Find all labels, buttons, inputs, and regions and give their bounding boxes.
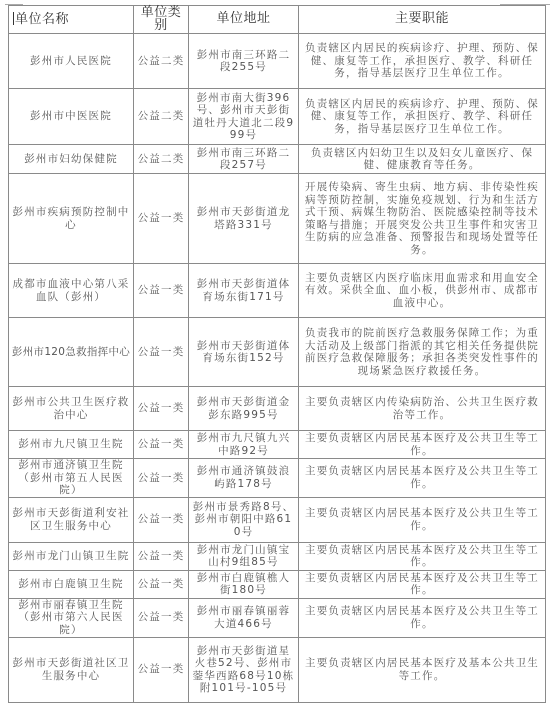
cell-category: 公益一类 <box>134 174 189 264</box>
table-row: 彭州市人民医院 公益二类 彭州市南三环路二段255号 负责辖区内居民的疾病诊疗、… <box>9 34 546 89</box>
cell-function: 主要负责辖区内居民基本医疗及公共卫生等工作。 <box>299 542 546 570</box>
cell-category: 公益一类 <box>134 459 189 498</box>
table-row: 成都市血液中心第八采血队（彭州） 公益一类 彭州市天彭街道体育场东街171号 主… <box>9 264 546 318</box>
cell-address: 彭州市白鹿镇樵人街180号 <box>189 570 299 598</box>
cell-address: 彭州市龙门山镇宝山村9组85号 <box>189 542 299 570</box>
cell-name: 彭州市通济镇卫生院（彭州市第五人民医院） <box>9 459 134 498</box>
cell-name: 彭州市中医医院 <box>9 89 134 145</box>
cell-address: 彭州市南大街396号、彭州市天彭街道牡丹大道北二段999号 <box>189 89 299 145</box>
cell-address: 彭州市丽春镇丽蓉大道466号 <box>189 598 299 637</box>
cell-address: 彭州市天彭街道金彭东路995号 <box>189 387 299 431</box>
table-row: 彭州市丽春镇卫生院（彭州市第六人民医院） 公益一类 彭州市丽春镇丽蓉大道466号… <box>9 598 546 637</box>
table-row: 彭州市公共卫生医疗救治中心 公益一类 彭州市天彭街道金彭东路995号 主要负责辖… <box>9 387 546 431</box>
table-row: 彭州市白鹿镇卫生院 公益一类 彭州市白鹿镇樵人街180号 主要负责辖区内居民基本… <box>9 570 546 598</box>
cell-function: 主要负责辖区内传染病防治、公共卫生医疗救治等工作。 <box>299 387 546 431</box>
header-label: 单位名称 <box>15 12 69 27</box>
cell-name: 彭州市120急救指挥中心 <box>9 318 134 387</box>
cell-category: 公益一类 <box>134 387 189 431</box>
header-unit-address: 单位地址 <box>189 6 299 34</box>
cell-name: 彭州市龙门山镇卫生院 <box>9 542 134 570</box>
cell-address: 彭州市通济镇鼓浪屿路178号 <box>189 459 299 498</box>
cell-category: 公益一类 <box>134 431 189 459</box>
cell-function: 主要负责辖区内居民基本医疗及公共卫生等工作。 <box>299 570 546 598</box>
cell-function: 主要负责辖区内医疗临床用血需求和用血安全有效。采供全血、血小板，供彭州市、成都市… <box>299 264 546 318</box>
cell-function: 负责辖区内居民的疾病诊疗、护理、预防、保健、康复等工作，承担医疗、教学、科研任务… <box>299 89 546 145</box>
cell-name: 彭州市丽春镇卫生院（彭州市第六人民医院） <box>9 598 134 637</box>
cell-address: 彭州市九尺镇九兴中路92号 <box>189 431 299 459</box>
cell-function: 主要负责辖区内居民基本医疗及公共卫生等工作。 <box>299 497 546 542</box>
table-row: 彭州市中医医院 公益二类 彭州市南大街396号、彭州市天彭街道牡丹大道北二段99… <box>9 89 546 145</box>
cell-name: 彭州市天彭街道社区卫生服务中心 <box>9 637 134 702</box>
cell-category: 公益一类 <box>134 637 189 702</box>
table-row: 彭州市120急救指挥中心 公益一类 彭州市天彭街道体育场东街152号 负责我市的… <box>9 318 546 387</box>
table-row: 彭州市九尺镇卫生院 公益一类 彭州市九尺镇九兴中路92号 主要负责辖区内居民基本… <box>9 431 546 459</box>
table-row: 彭州市天彭街道社区卫生服务中心 公益一类 彭州市天彭街道星火巷52号、彭州市蓥华… <box>9 637 546 702</box>
cell-address: 彭州市天彭街道体育场东街171号 <box>189 264 299 318</box>
cell-function: 主要负责辖区内居民基本医疗及基本公共卫生等工作。 <box>299 637 546 702</box>
cell-function: 负责辖区内居民的疾病诊疗、护理、预防、保健、康复等工作，承担医疗、教学、科研任务… <box>299 34 546 89</box>
cell-name: 成都市血液中心第八采血队（彭州） <box>9 264 134 318</box>
table-header-row: 单位名称 单位类别 单位地址 主要职能 <box>9 6 546 34</box>
cell-address: 彭州市天彭街道龙塔路331号 <box>189 174 299 264</box>
header-main-function: 主要职能 <box>299 6 546 34</box>
table-row: 彭州市通济镇卫生院（彭州市第五人民医院） 公益一类 彭州市通济镇鼓浪屿路178号… <box>9 459 546 498</box>
cell-function: 主要负责辖区内居民基本医疗及公共卫生等工作。 <box>299 459 546 498</box>
cell-name: 彭州市九尺镇卫生院 <box>9 431 134 459</box>
cell-category: 公益二类 <box>134 34 189 89</box>
cell-category: 公益一类 <box>134 264 189 318</box>
cell-name: 彭州市疾病预防控制中心 <box>9 174 134 264</box>
cell-function: 开展传染病、寄生虫病、地方病、非传染性疾病等预防控制，实施免疫规划、行为和生活方… <box>299 174 546 264</box>
cell-category: 公益一类 <box>134 497 189 542</box>
cell-name: 彭州市白鹿镇卫生院 <box>9 570 134 598</box>
cell-name: 彭州市妇幼保健院 <box>9 145 134 174</box>
cell-category: 公益一类 <box>134 570 189 598</box>
cell-category: 公益一类 <box>134 318 189 387</box>
cell-address: 彭州市天彭街道体育场东街152号 <box>189 318 299 387</box>
cell-category: 公益一类 <box>134 542 189 570</box>
table-row: 彭州市天彭街道利安社区卫生服务中心 公益一类 彭州市景秀路8号、彭州市朝阳中路6… <box>9 497 546 542</box>
cell-category: 公益二类 <box>134 89 189 145</box>
cell-address: 彭州市南三环路二段255号 <box>189 34 299 89</box>
table-row: 彭州市疾病预防控制中心 公益一类 彭州市天彭街道龙塔路331号 开展传染病、寄生… <box>9 174 546 264</box>
cell-category: 公益二类 <box>134 145 189 174</box>
cell-category: 公益一类 <box>134 598 189 637</box>
cell-function: 主要负责辖区内居民基本医疗及公共卫生等工作。 <box>299 431 546 459</box>
institution-table: 单位名称 单位类别 单位地址 主要职能 彭州市人民医院 公益二类 彭州市南三环路… <box>8 5 546 703</box>
header-unit-category: 单位类别 <box>134 6 189 34</box>
cell-address: 彭州市景秀路8号、彭州市朝阳中路610号 <box>189 497 299 542</box>
text-cursor <box>13 12 14 25</box>
cell-name: 彭州市公共卫生医疗救治中心 <box>9 387 134 431</box>
cell-function: 主要负责辖区内居民基本医疗及公共卫生等工作。 <box>299 598 546 637</box>
cell-address: 彭州市南三环路二段257号 <box>189 145 299 174</box>
cell-address: 彭州市天彭街道星火巷52号、彭州市蓥华西路68号10栋附101号-105号 <box>189 637 299 702</box>
cell-function: 负责我市的院前医疗急救服务保障工作；为重大活动及上级部门指派的其它相关任务提供院… <box>299 318 546 387</box>
table-row: 彭州市龙门山镇卫生院 公益一类 彭州市龙门山镇宝山村9组85号 主要负责辖区内居… <box>9 542 546 570</box>
header-unit-name[interactable]: 单位名称 <box>9 6 134 34</box>
cell-name: 彭州市天彭街道利安社区卫生服务中心 <box>9 497 134 542</box>
table-row: 彭州市妇幼保健院 公益二类 彭州市南三环路二段257号 负责辖区内妇幼卫生以及妇… <box>9 145 546 174</box>
cell-function: 负责辖区内妇幼卫生以及妇女儿童医疗、保健、健康教育等任务。 <box>299 145 546 174</box>
cell-name: 彭州市人民医院 <box>9 34 134 89</box>
